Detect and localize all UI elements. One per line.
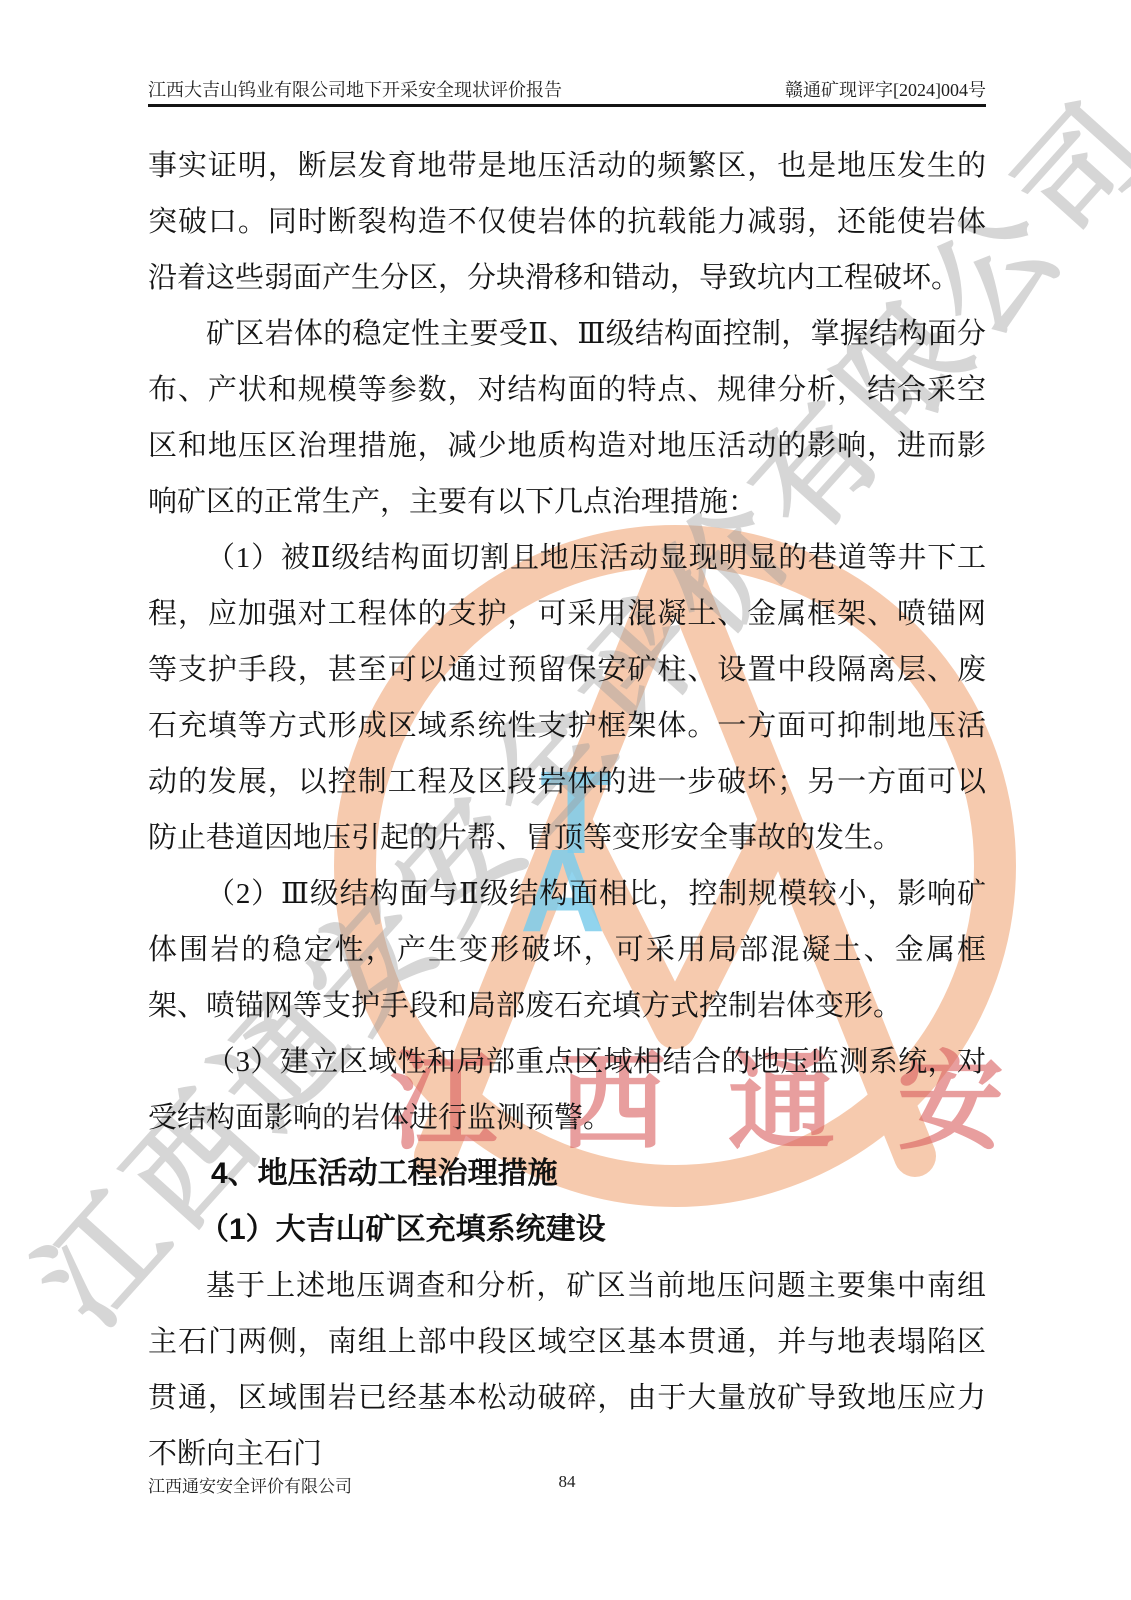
header-divider [148, 104, 986, 107]
paragraph-rock-stability: 矿区岩体的稳定性主要受Ⅱ、Ⅲ级结构面控制，掌握结构面分布、产状和规模等参数，对结… [148, 306, 986, 530]
paragraph-measure-3: （3）建立区域性和局部重点区域相结合的地压监测系统，对受结构面影响的岩体进行监测… [148, 1034, 986, 1146]
header-report-title: 江西大吉山钨业有限公司地下开采安全现状评价报告 [148, 76, 562, 102]
page-footer: 江西通安安全评价有限公司 84 [148, 1472, 986, 1500]
paragraph-fault-zone: 事实证明，断层发育地带是地压活动的频繁区，也是地压发生的突破口。同时断裂构造不仅… [148, 138, 986, 306]
section-heading-4: 4、地压活动工程治理措施 [148, 1146, 986, 1202]
subsection-heading-1: （1）大吉山矿区充填系统建设 [148, 1202, 986, 1258]
page-header: 江西大吉山钨业有限公司地下开采安全现状评价报告 赣通矿现评字[2024]004号 [148, 76, 986, 102]
document-body: 事实证明，断层发育地带是地压活动的频繁区，也是地压发生的突破口。同时断裂构造不仅… [148, 138, 986, 1482]
paragraph-measure-1: （1）被Ⅱ级结构面切割且地压活动显现明显的巷道等井下工程，应加强对工程体的支护，… [148, 530, 986, 866]
footer-page-number: 84 [148, 1472, 986, 1492]
paragraph-measure-2: （2）Ⅲ级结构面与Ⅱ级结构面相比，控制规模较小，影响矿体围岩的稳定性，产生变形破… [148, 866, 986, 1034]
header-doc-number: 赣通矿现评字[2024]004号 [785, 76, 986, 102]
paragraph-filling-system: 基于上述地压调查和分析，矿区当前地压问题主要集中南组主石门两侧，南组上部中段区域… [148, 1258, 986, 1482]
report-page: 江西大吉山钨业有限公司地下开采安全现状评价报告 赣通矿现评字[2024]004号… [0, 0, 1131, 1600]
